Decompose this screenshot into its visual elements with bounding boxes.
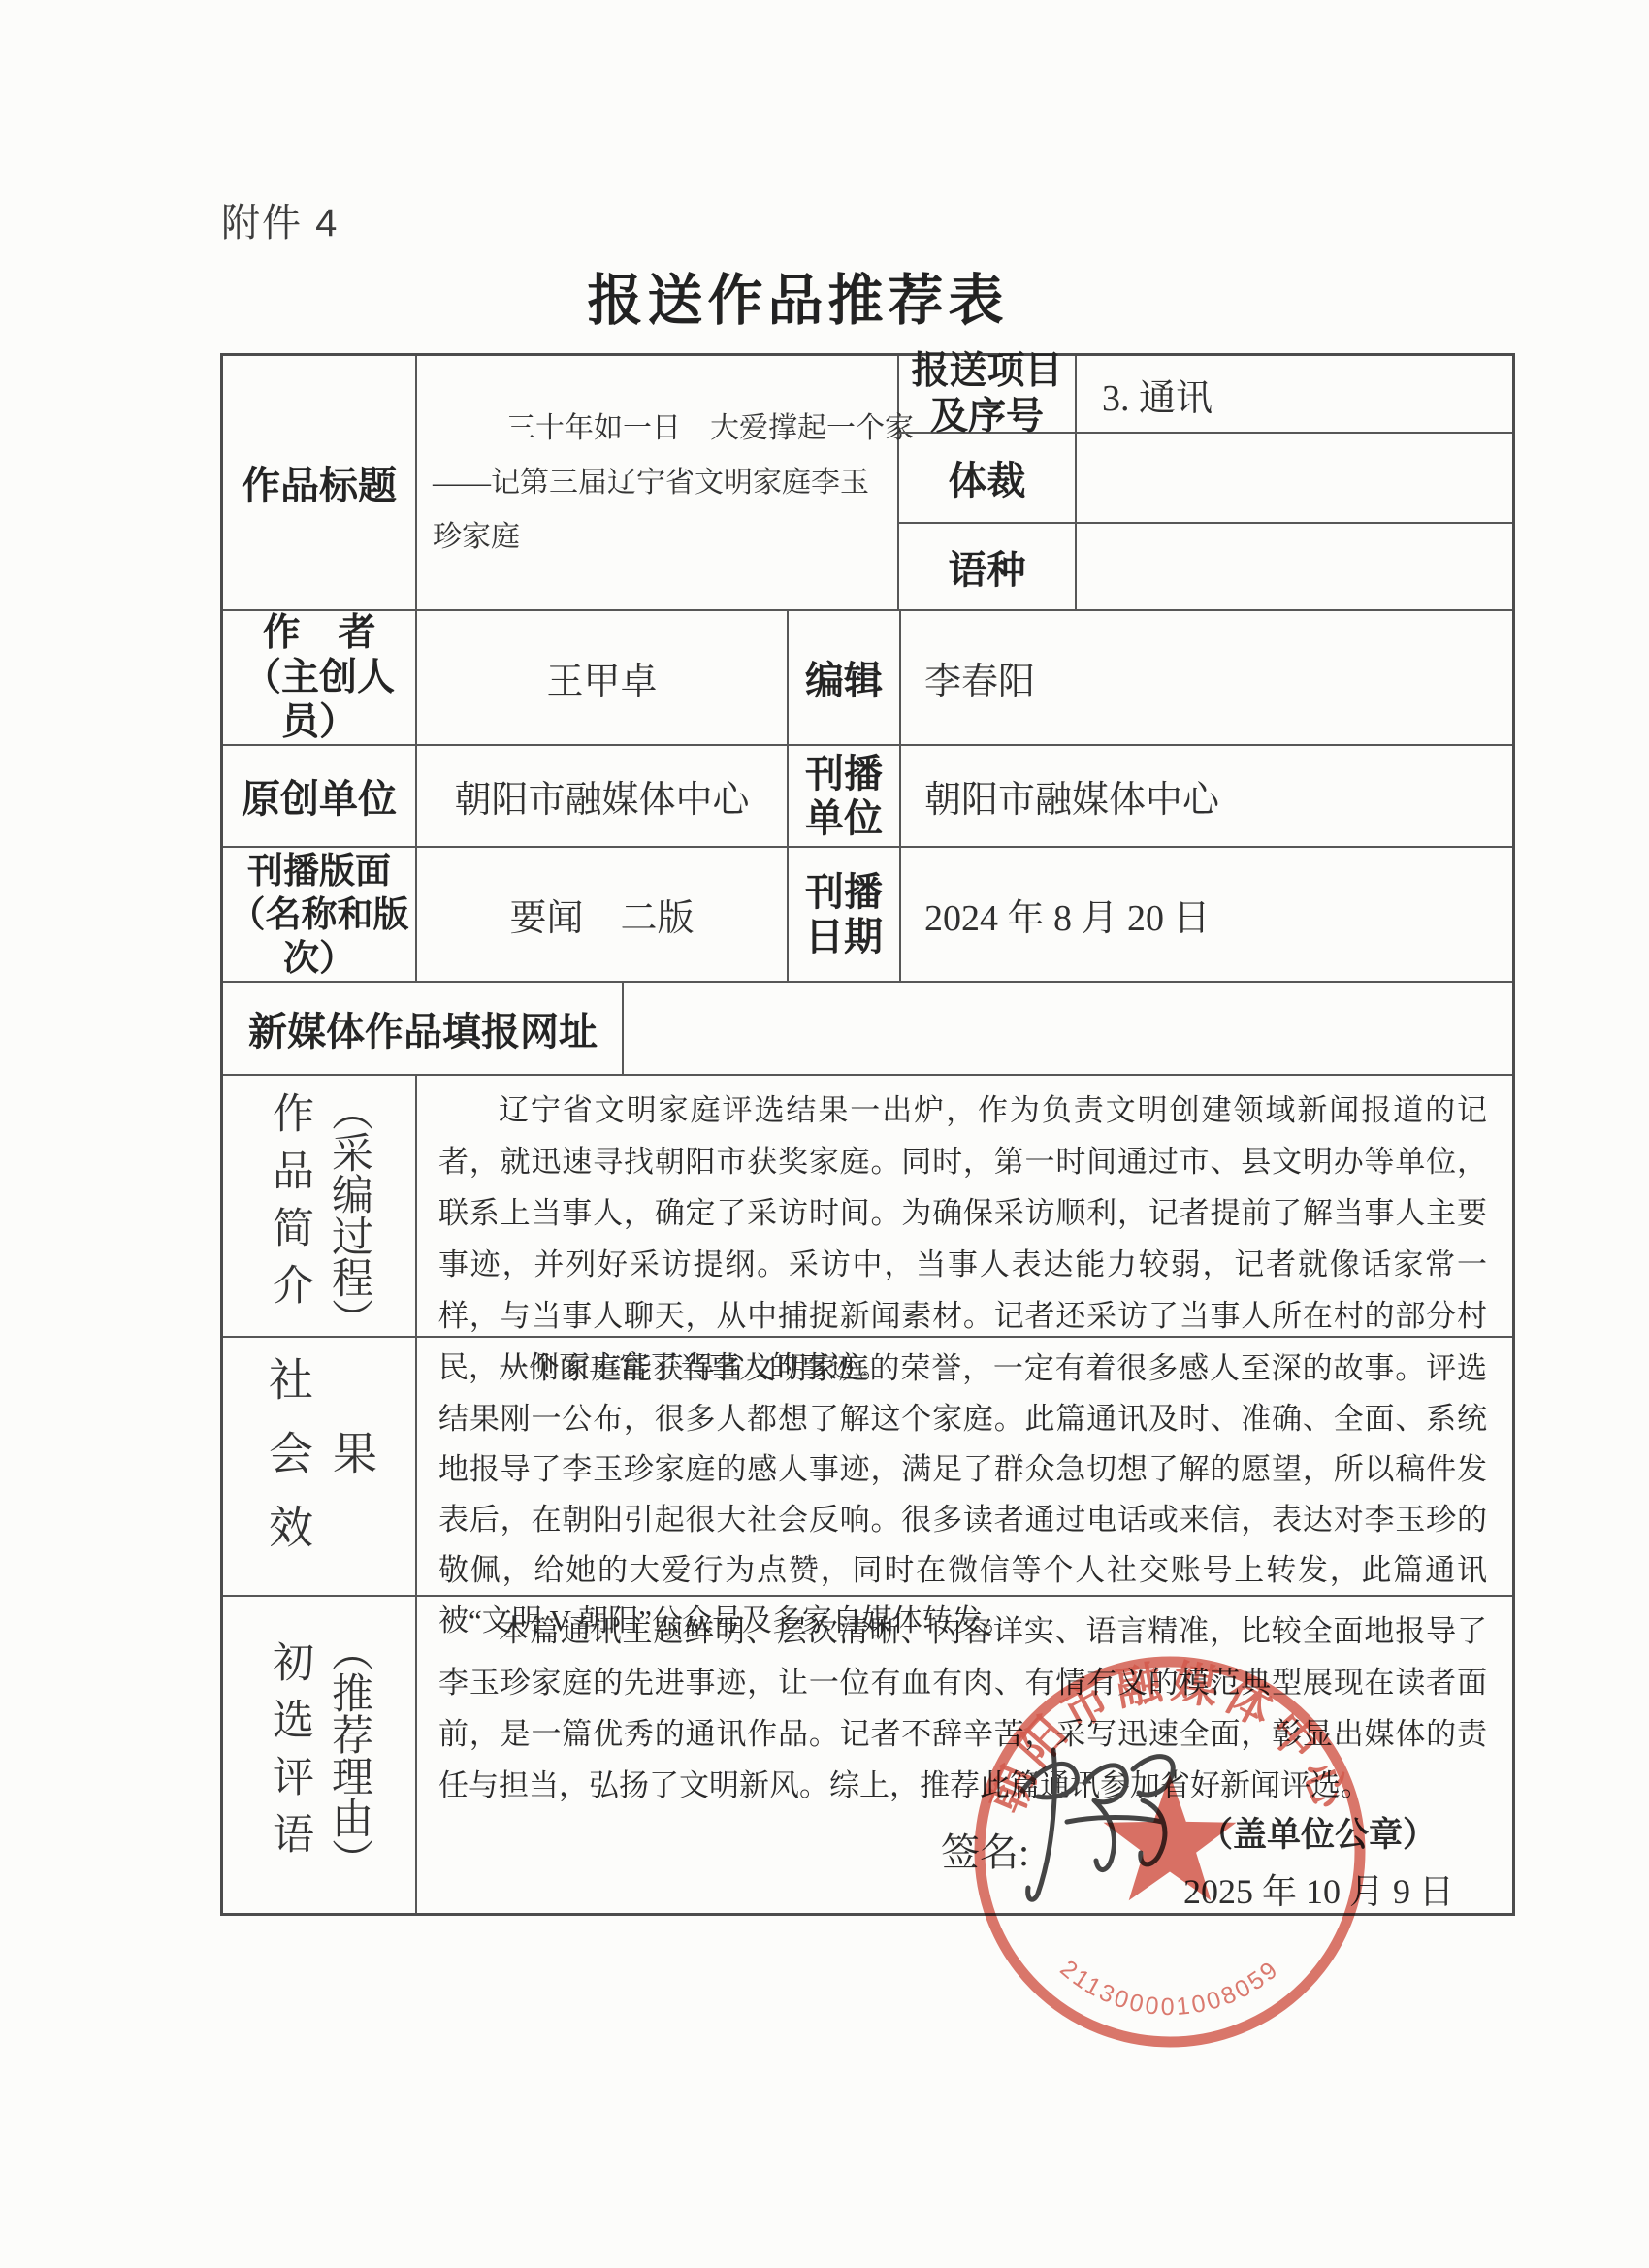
genre-row: 体裁 <box>899 434 1512 524</box>
work-title-value-cell: 三十年如一日 大爱撑起一个家 ——记第三届辽宁省文明家庭李玉 珍家庭 <box>417 356 899 609</box>
submission-item-label-cell: 报送项目 及序号 <box>899 356 1077 432</box>
newmedia-url-label-cell: 新媒体作品填报网址 <box>223 983 624 1074</box>
seal-star-icon <box>1104 1774 1237 1900</box>
table-row: 作品标题 三十年如一日 大爱撑起一个家 ——记第三届辽宁省文明家庭李玉 珍家庭 … <box>223 356 1512 611</box>
genre-value-cell <box>1077 434 1512 522</box>
genre-label: 体裁 <box>949 450 1026 505</box>
work-title-line2: ——记第三届辽宁省文明家庭李玉 <box>433 456 888 510</box>
author-label-cell: 作 者 （主创人 员） <box>223 611 417 744</box>
language-label: 语种 <box>949 539 1026 595</box>
editor-value-cell: 李春阳 <box>901 611 1512 744</box>
attachment-label: 附件 4 <box>221 192 339 247</box>
language-value-cell <box>1077 524 1512 609</box>
page-title: 报送作品推荐表 <box>0 256 1596 336</box>
publish-unit-value: 朝阳市融媒体中心 <box>924 769 1219 823</box>
table-row: 刊播版面 （名称和版 次） 要闻 二版 刊播日期 2024 年 8 月 20 日 <box>223 848 1512 983</box>
brief-vertical-label: 作品简介 （采编过程） <box>260 1089 378 1322</box>
table-row: 作 者 （主创人 员） 王甲卓 编辑 李春阳 <box>223 611 1512 746</box>
publish-date-value-cell: 2024 年 8 月 20 日 <box>901 848 1512 981</box>
table-row: 新媒体作品填报网址 <box>223 983 1512 1076</box>
layout-label-cell: 刊播版面 （名称和版 次） <box>223 848 417 981</box>
layout-value: 要闻 二版 <box>509 888 694 941</box>
scanned-form-page: 附件 4 报送作品推荐表 作品标题 三十年如一日 大爱撑起一个家 ——记第三届辽… <box>0 0 1649 2268</box>
submission-item-label: 报送项目 及序号 <box>911 348 1062 439</box>
brief-text-cell: 辽宁省文明家庭评选结果一出炉，作为负责文明创建领域新闻报道的记者，就迅速寻找朝阳… <box>417 1076 1512 1336</box>
author-label: 作 者 （主创人 员） <box>243 611 395 745</box>
table-row: 作品简介 （采编过程） 辽宁省文明家庭评选结果一出炉，作为负责文明创建领域新闻报… <box>223 1076 1512 1338</box>
editor-label: 编辑 <box>805 650 883 705</box>
publish-date-label: 刊播日期 <box>800 870 888 959</box>
publish-unit-value-cell: 朝阳市融媒体中心 <box>901 746 1512 846</box>
table-row: 原创单位 朝阳市融媒体中心 刊播单位 朝阳市融媒体中心 <box>223 746 1512 848</box>
brief-label-cell: 作品简介 （采编过程） <box>223 1076 417 1336</box>
author-value-cell: 王甲卓 <box>417 611 789 744</box>
original-unit-label-cell: 原创单位 <box>223 746 417 846</box>
official-red-seal: 朝阳市融媒体中心 211300001008059 <box>954 1636 1386 2068</box>
language-row: 语种 <box>899 524 1512 609</box>
editor-label-cell: 编辑 <box>789 611 901 744</box>
comment-vertical-label: 初选评语 （推荐理由） <box>260 1610 378 1899</box>
newmedia-url-value-cell <box>624 983 1512 1074</box>
right-stack-cell: 报送项目 及序号 3. 通讯 体裁 <box>899 356 1512 609</box>
table-row: 社会效果 一个家庭能获得省文明家庭的荣誉，一定有着很多感人至深的故事。评选结果刚… <box>223 1338 1512 1597</box>
work-title-label-cell: 作品标题 <box>223 356 417 609</box>
publish-unit-label: 刊播单位 <box>800 752 888 841</box>
original-unit-value-cell: 朝阳市融媒体中心 <box>417 746 789 846</box>
effect-vertical-label: 社会效果 <box>255 1351 383 1581</box>
original-unit-label: 原创单位 <box>242 768 397 824</box>
publish-date-label-cell: 刊播日期 <box>789 848 901 981</box>
layout-label: 刊播版面 （名称和版 次） <box>230 849 409 980</box>
work-title-line1: 三十年如一日 大爱撑起一个家 <box>433 402 888 456</box>
newmedia-url-label: 新媒体作品填报网址 <box>248 1001 598 1056</box>
seal-code: 211300001008059 <box>1055 1955 1285 2021</box>
layout-value-cell: 要闻 二版 <box>417 848 789 981</box>
comment-label-cell: 初选评语 （推荐理由） <box>223 1597 417 1913</box>
publish-date-value: 2024 年 8 月 20 日 <box>924 888 1211 941</box>
editor-value: 李春阳 <box>924 651 1035 704</box>
effect-text-cell: 一个家庭能获得省文明家庭的荣誉，一定有着很多感人至深的故事。评选结果刚一公布，很… <box>417 1338 1512 1595</box>
submission-item-value: 3. 通讯 <box>1102 368 1212 421</box>
language-label-cell: 语种 <box>899 524 1077 609</box>
work-title-label: 作品标题 <box>242 455 397 510</box>
work-title-line3: 珍家庭 <box>433 510 888 565</box>
genre-label-cell: 体裁 <box>899 434 1077 522</box>
effect-label-cell: 社会效果 <box>223 1338 417 1595</box>
submission-item-value-cell: 3. 通讯 <box>1077 356 1512 432</box>
author-value: 王甲卓 <box>546 651 657 704</box>
publish-unit-label-cell: 刊播单位 <box>789 746 901 846</box>
submission-item-row: 报送项目 及序号 3. 通讯 <box>899 356 1512 434</box>
original-unit-value: 朝阳市融媒体中心 <box>454 769 749 823</box>
